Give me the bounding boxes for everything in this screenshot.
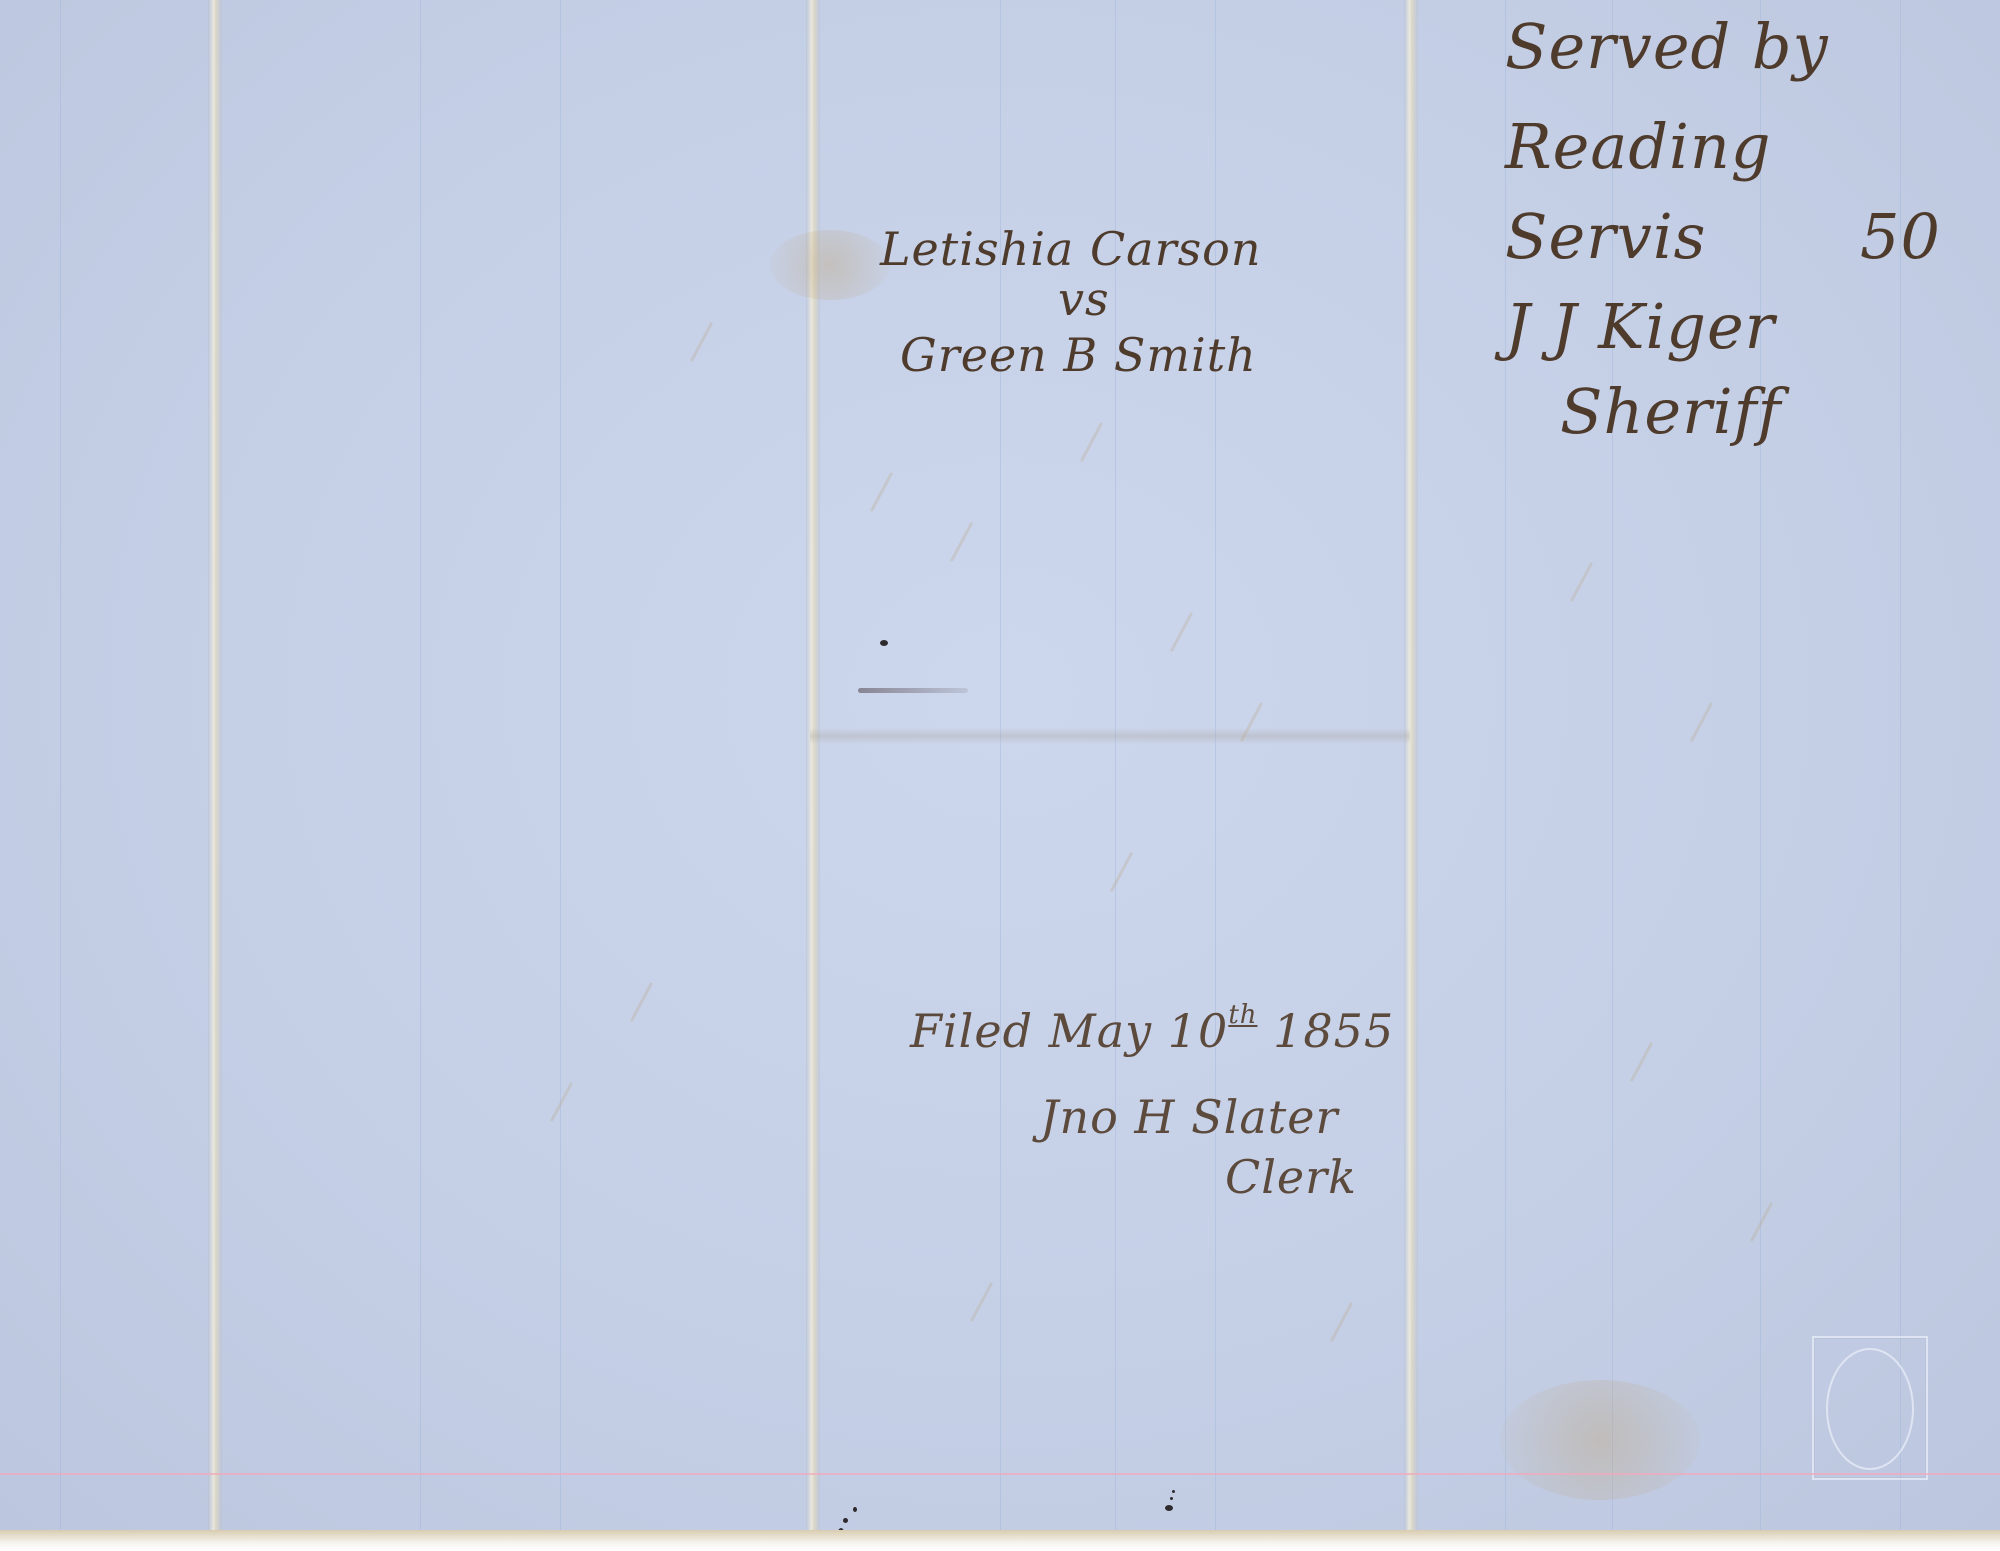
filed-date: Filed May 10th 1855: [910, 1000, 1394, 1058]
service-fee-label: Servis: [1505, 200, 1706, 273]
clerk-signature: Jno H Slater: [1040, 1090, 1338, 1144]
clerk-title: Clerk: [1225, 1150, 1357, 1204]
sheriff-title: Sheriff: [1560, 375, 1781, 448]
service-line-reading: Reading: [1505, 110, 1771, 183]
filed-year: 1855: [1273, 1004, 1394, 1058]
ruling-line: [560, 0, 561, 1540]
stain: [770, 230, 890, 300]
sheriff-signature: J J Kiger: [1505, 290, 1775, 363]
ruling-line: [1760, 0, 1761, 1540]
defendant-name: Green B Smith: [900, 328, 1257, 382]
bleed-through-mark: [1080, 422, 1103, 462]
paper-bottom-edge: [0, 1530, 2000, 1551]
paper-sheet: Letishia Carson vs Green B Smith Served …: [0, 0, 2000, 1540]
bleed-through-mark: [550, 1082, 573, 1122]
bleed-through-mark: [1630, 1042, 1653, 1082]
versus-label: vs: [1058, 272, 1110, 326]
service-fee-amount: 50: [1860, 200, 1941, 273]
ink-dot: [1170, 1497, 1173, 1500]
bleed-through-mark: [630, 982, 653, 1022]
bleed-through-mark: [1330, 1302, 1353, 1342]
bleed-through-mark: [1690, 702, 1713, 742]
service-line-served-by: Served by: [1505, 10, 1829, 83]
seal-oval: [1826, 1348, 1914, 1470]
plaintiff-name: Letishia Carson: [880, 222, 1262, 276]
pink-rule-line: [0, 1473, 2000, 1475]
ink-smudge: [858, 688, 968, 693]
bleed-through-mark: [970, 1282, 993, 1322]
bleed-through-mark: [1750, 1202, 1773, 1242]
bleed-through-mark: [1170, 612, 1193, 652]
stain: [1500, 1380, 1700, 1500]
ink-dot: [880, 640, 888, 646]
filed-label: Filed May 10: [910, 1004, 1228, 1058]
bleed-through-mark: [870, 472, 893, 512]
ink-dot: [1172, 1490, 1175, 1493]
bleed-through-mark: [1570, 562, 1593, 602]
ink-dot: [843, 1518, 848, 1523]
bleed-through-mark: [1110, 852, 1133, 892]
bleed-through-mark: [690, 322, 713, 362]
ink-dot: [1165, 1505, 1173, 1511]
filed-day-suffix: th: [1228, 1000, 1257, 1030]
ink-dot: [853, 1507, 857, 1512]
horizontal-fold: [810, 728, 1410, 744]
vertical-fold: [1404, 0, 1418, 1540]
bleed-through-mark: [950, 522, 973, 562]
embossed-seal: [1812, 1336, 1928, 1480]
ruling-line: [60, 0, 61, 1540]
vertical-fold: [208, 0, 222, 1540]
ruling-line: [420, 0, 421, 1540]
